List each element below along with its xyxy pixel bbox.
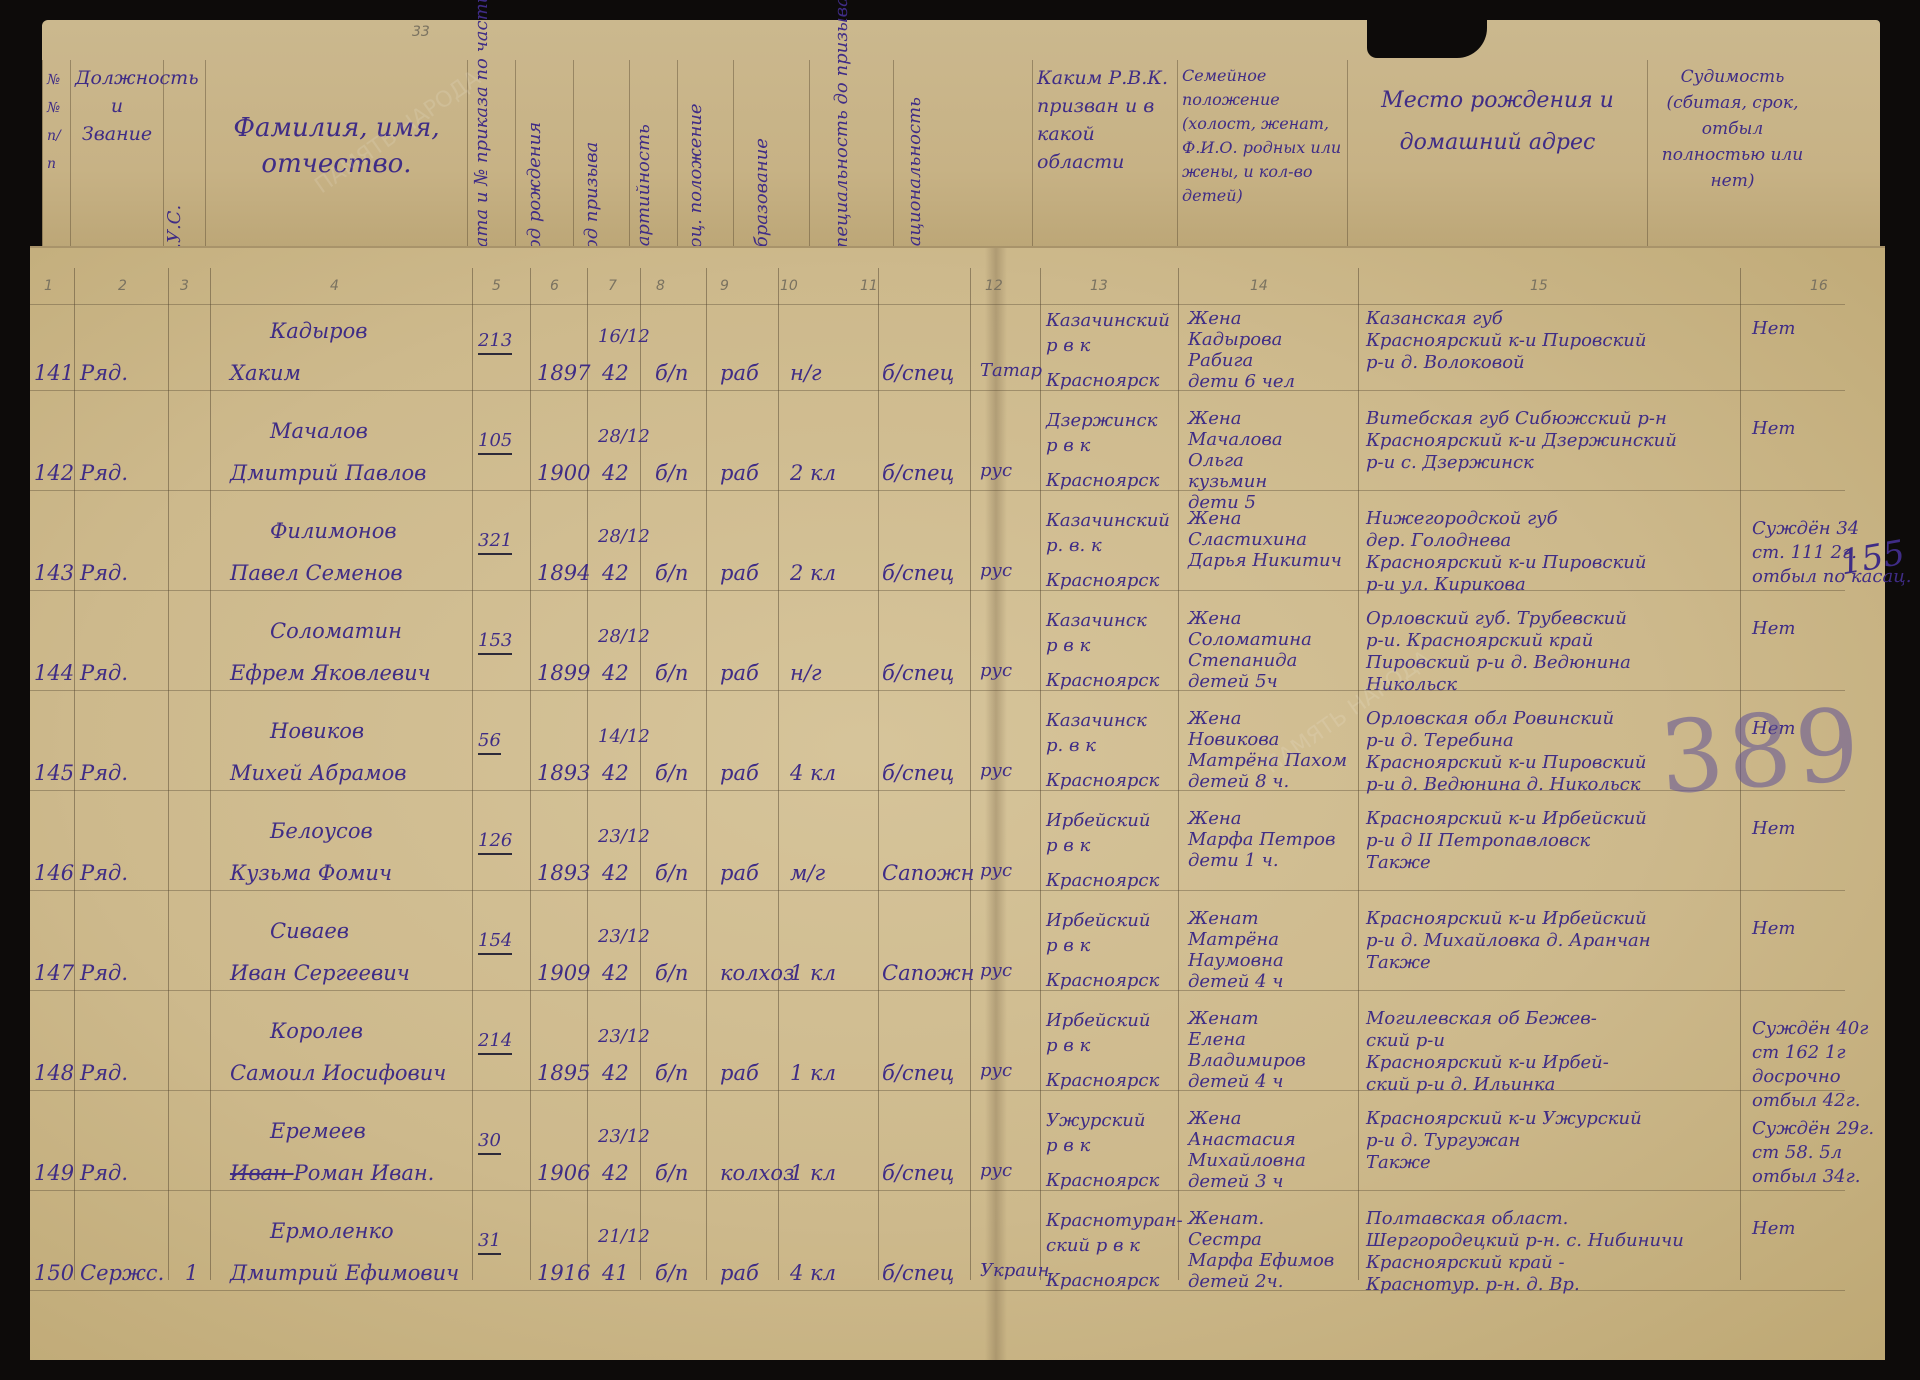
- order-number: 126: [478, 830, 512, 855]
- draft-office: Красноярск: [1046, 570, 1159, 592]
- draft-office: р в к: [1046, 335, 1090, 357]
- specialty: б/спец: [882, 1260, 954, 1286]
- family-status: Жена: [1188, 608, 1241, 630]
- birth-place-address: р-и ул. Кирикова: [1366, 574, 1526, 596]
- call-date: 23/12: [598, 1026, 650, 1048]
- draft-office: р в к: [1046, 1035, 1090, 1057]
- row-number: 141: [34, 360, 74, 386]
- call-year: 42: [602, 360, 629, 386]
- birth-place-address: Красноярский к-и Ирбейский: [1366, 908, 1647, 930]
- column-number: 15: [1530, 278, 1548, 294]
- order-number: 214: [478, 1030, 512, 1055]
- birth-year: 1893: [537, 760, 590, 786]
- draft-office: р в к: [1046, 835, 1090, 857]
- given-name-patronymic: Ефрем Яковлевич: [230, 660, 431, 686]
- social-status: колхоз: [720, 960, 795, 986]
- party: б/п: [655, 960, 688, 986]
- birth-place-address: Могилевская об Бежев-: [1366, 1008, 1597, 1030]
- family-status: Марфа Ефимов: [1188, 1250, 1334, 1272]
- vus: 1: [185, 1260, 198, 1286]
- birth-place-address: Красноярский к-и Пировский: [1366, 752, 1646, 774]
- header-col-birth-year: Год рождения: [515, 60, 573, 270]
- name-text: Самоил Иосифович: [230, 1061, 446, 1085]
- conviction: Нет: [1752, 1218, 1795, 1240]
- column-number: 1: [44, 278, 53, 294]
- surname: Кадыров: [270, 318, 368, 344]
- conviction: отбыл 34г.: [1752, 1166, 1860, 1188]
- conviction: ст 162 1г: [1752, 1042, 1846, 1064]
- call-date: 16/12: [598, 326, 650, 348]
- call-year: 42: [602, 460, 629, 486]
- birth-place-address: Красноярский к-и Ужурский: [1366, 1108, 1642, 1130]
- name-text: Михей Абрамов: [230, 761, 406, 785]
- surname: Соломатин: [270, 618, 402, 644]
- birth-year: 1899: [537, 660, 590, 686]
- draft-office: Казачинский: [1046, 510, 1170, 532]
- order-number: 154: [478, 930, 512, 955]
- birth-place-address: р-и д II Петропавловск: [1366, 830, 1590, 852]
- rank: Ряд.: [80, 560, 128, 586]
- family-status: детей 4 ч: [1188, 1071, 1283, 1093]
- birth-place-address: Красноярский к-и Ирбей-: [1366, 1052, 1609, 1074]
- family-status: Жена: [1188, 808, 1241, 830]
- draft-office: Красноярск: [1046, 1070, 1159, 1092]
- social-status: раб: [720, 560, 759, 586]
- archive-stamp-number: 389: [1656, 686, 1867, 817]
- header-sheet: 33 №№ п/п Должность и Звание В.У.С. Фами…: [42, 20, 1880, 270]
- draft-office: Красноярск: [1046, 870, 1159, 892]
- social-status: раб: [720, 1260, 759, 1286]
- call-year: 41: [602, 1260, 629, 1286]
- row-number: 145: [34, 760, 74, 786]
- birth-place-address: р-и д. Теребина: [1366, 730, 1514, 752]
- call-date: 23/12: [598, 826, 650, 848]
- row-number: 150: [34, 1260, 74, 1286]
- call-year: 42: [602, 760, 629, 786]
- specialty: б/спец: [882, 360, 954, 386]
- family-status: Наумовна: [1188, 950, 1284, 972]
- rank: Ряд.: [80, 1060, 128, 1086]
- given-name-patronymic: Павел Семенов: [230, 560, 403, 586]
- surname: Еремеев: [270, 1118, 366, 1144]
- birth-place-address: Орловская обл Ровинский: [1366, 708, 1614, 730]
- nationality: рус: [980, 460, 1012, 482]
- birth-place-address: р-и. Красноярский край: [1366, 630, 1593, 652]
- surname: Королев: [270, 1018, 363, 1044]
- row-number: 143: [34, 560, 74, 586]
- given-name-patronymic: Самоил Иосифович: [230, 1060, 446, 1086]
- draft-office: Красноярск: [1046, 370, 1159, 392]
- draft-office: Казачинск: [1046, 610, 1147, 632]
- name-text: Иван Сергеевич: [230, 961, 410, 985]
- call-year: 42: [602, 860, 629, 886]
- order-number: 105: [478, 430, 512, 455]
- birth-place-address: р-и д. Михайловка д. Аранчан: [1366, 930, 1651, 952]
- order-number: 213: [478, 330, 512, 355]
- conviction: ст 58. 5л: [1752, 1142, 1842, 1164]
- birth-place-address: Также: [1366, 1152, 1431, 1174]
- call-year: 42: [602, 1160, 629, 1186]
- birth-place-address: Красноярский к-и Ирбейский: [1366, 808, 1647, 830]
- family-status: Михайловна: [1188, 1150, 1306, 1172]
- call-date: 28/12: [598, 526, 650, 548]
- draft-office: р. в к: [1046, 735, 1096, 757]
- nationality: рус: [980, 1060, 1012, 1082]
- column-number: 10: [780, 278, 798, 294]
- given-name-patronymic: Кузьма Фомич: [230, 860, 392, 886]
- family-status: Соломатина: [1188, 629, 1312, 651]
- birth-place-address: ский р-и д. Ильинка: [1366, 1074, 1555, 1096]
- header-col-conviction: Судимость (сбитая, срок, отбыл полностью…: [1647, 60, 1817, 270]
- party: б/п: [655, 560, 688, 586]
- page-number: 33: [412, 24, 430, 40]
- family-status: Рабига: [1188, 350, 1253, 372]
- education: 1 кл: [790, 1160, 836, 1186]
- specialty: б/спец: [882, 760, 954, 786]
- surname: Ермоленко: [270, 1218, 394, 1244]
- header-col-call-year: Год призыва: [573, 60, 629, 270]
- name-text: Ефрем Яковлевич: [230, 661, 431, 685]
- conviction: Нет: [1752, 318, 1795, 340]
- family-status: кузьмин: [1188, 471, 1267, 493]
- order-number: 56: [478, 730, 501, 755]
- conviction: Нет: [1752, 618, 1795, 640]
- row-number: 146: [34, 860, 74, 886]
- party: б/п: [655, 460, 688, 486]
- education: 1 кл: [790, 1060, 836, 1086]
- draft-office: Ужурский: [1046, 1110, 1145, 1132]
- nationality: рус: [980, 560, 1012, 582]
- birth-year: 1909: [537, 960, 590, 986]
- family-status: детей 4 ч: [1188, 971, 1283, 993]
- conviction: досрочно: [1752, 1066, 1841, 1088]
- name-text: Роман Иван.: [294, 1161, 435, 1185]
- family-status: Жена: [1188, 508, 1241, 530]
- surname: Сиваев: [270, 918, 349, 944]
- rank: Ряд.: [80, 1160, 128, 1186]
- surname: Новиков: [270, 718, 364, 744]
- conviction: Суждён 34: [1752, 518, 1859, 540]
- birth-place-address: Нижегородской губ: [1366, 508, 1558, 530]
- order-number: 321: [478, 530, 512, 555]
- specialty: Сапожн: [882, 860, 974, 886]
- family-status: Сестра: [1188, 1229, 1262, 1251]
- birth-year: 1916: [537, 1260, 590, 1286]
- call-date: 23/12: [598, 926, 650, 948]
- column-number: 7: [608, 278, 617, 294]
- conviction: Нет: [1752, 418, 1795, 440]
- birth-place-address: дер. Голоднева: [1366, 530, 1511, 552]
- birth-year: 1895: [537, 1060, 590, 1086]
- social-status: колхоз: [720, 1160, 795, 1186]
- draft-office: Ирбейский: [1046, 1010, 1150, 1032]
- name-text: Дмитрий Павлов: [230, 461, 426, 485]
- draft-office: Краснотуран-: [1046, 1210, 1183, 1232]
- given-name-patronymic: Дмитрий Павлов: [230, 460, 426, 486]
- social-status: раб: [720, 1060, 759, 1086]
- given-name-patronymic: Иван Роман Иван.: [230, 1160, 434, 1186]
- draft-office: р в к: [1046, 1135, 1090, 1157]
- column-number: 5: [492, 278, 501, 294]
- family-status: Жена: [1188, 308, 1241, 330]
- surname: Мачалов: [270, 418, 368, 444]
- family-status: Мачалова: [1188, 429, 1283, 451]
- column-number: 6: [550, 278, 559, 294]
- column-number: 8: [656, 278, 665, 294]
- family-status: Женат: [1188, 1008, 1259, 1030]
- family-status: дети 6 чел: [1188, 371, 1295, 393]
- struck-name: Иван: [230, 1161, 294, 1185]
- birth-place-address: р-и д. Ведюнина д. Никольск: [1366, 774, 1640, 796]
- conviction: Нет: [1752, 818, 1795, 840]
- row-number: 148: [34, 1060, 74, 1086]
- party: б/п: [655, 1260, 688, 1286]
- given-name-patronymic: Иван Сергеевич: [230, 960, 410, 986]
- call-date: 28/12: [598, 626, 650, 648]
- rank: Ряд.: [80, 760, 128, 786]
- draft-office: Красноярск: [1046, 1170, 1159, 1192]
- row-number: 142: [34, 460, 74, 486]
- birth-place-address: Также: [1366, 852, 1431, 874]
- conviction: Нет: [1752, 918, 1795, 940]
- birth-place-address: Красноярский к-и Пировский: [1366, 330, 1646, 352]
- torn-corner: [1367, 20, 1487, 58]
- family-status: Матрёна: [1188, 929, 1279, 951]
- rank: Сержс.: [80, 1260, 164, 1286]
- surname: Белоусов: [270, 818, 373, 844]
- nationality: Украин: [980, 1260, 1049, 1282]
- name-text: Дмитрий Ефимович: [230, 1261, 459, 1285]
- name-text: Павел Семенов: [230, 561, 403, 585]
- education: 2 кл: [790, 460, 836, 486]
- birth-year: 1893: [537, 860, 590, 886]
- draft-office: р в к: [1046, 435, 1090, 457]
- draft-office: Ирбейский: [1046, 810, 1150, 832]
- given-name-patronymic: Хаким: [230, 360, 301, 386]
- call-date: 28/12: [598, 426, 650, 448]
- social-status: раб: [720, 860, 759, 886]
- family-status: Женат.: [1188, 1208, 1264, 1230]
- rank: Ряд.: [80, 360, 128, 386]
- birth-place-address: р-и д. Волоковой: [1366, 352, 1525, 374]
- order-number: 153: [478, 630, 512, 655]
- column-number: 11: [860, 278, 878, 294]
- draft-office: Казачинск: [1046, 710, 1147, 732]
- header-col-specialty: Специальность до призыва: [809, 60, 893, 270]
- order-number: 31: [478, 1230, 501, 1255]
- draft-office: Казачинский: [1046, 310, 1170, 332]
- birth-place-address: р-и с. Дзержинск: [1366, 452, 1534, 474]
- family-status: Жена: [1188, 408, 1241, 430]
- social-status: раб: [720, 660, 759, 686]
- family-status: детей 3 ч: [1188, 1171, 1283, 1193]
- call-year: 42: [602, 1060, 629, 1086]
- birth-year: 1906: [537, 1160, 590, 1186]
- draft-office: р в к: [1046, 935, 1090, 957]
- party: б/п: [655, 1160, 688, 1186]
- header-col-address: Место рождения и домашний адрес: [1347, 60, 1647, 270]
- call-year: 42: [602, 560, 629, 586]
- education: 1 кл: [790, 960, 836, 986]
- family-status: Марфа Петров: [1188, 829, 1335, 851]
- draft-office: Красноярск: [1046, 770, 1159, 792]
- family-status: дети 1 ч.: [1188, 850, 1279, 872]
- birth-place-address: Также: [1366, 952, 1431, 974]
- rank: Ряд.: [80, 660, 128, 686]
- family-status: Ольга: [1188, 450, 1244, 472]
- birth-place-address: Полтавская област.: [1366, 1208, 1568, 1230]
- call-year: 42: [602, 660, 629, 686]
- column-number: 2: [118, 278, 127, 294]
- draft-office: ский р в к: [1046, 1235, 1140, 1257]
- header-col-rvk: Каким Р.В.К. призван и в какой области: [1032, 60, 1177, 270]
- given-name-patronymic: Михей Абрамов: [230, 760, 406, 786]
- header-col-party: Партийность: [629, 60, 677, 270]
- birth-place-address: Красноярский к-и Дзержинский: [1366, 430, 1677, 452]
- nationality: рус: [980, 660, 1012, 682]
- nationality: рус: [980, 760, 1012, 782]
- specialty: б/спец: [882, 1160, 954, 1186]
- nationality: рус: [980, 960, 1012, 982]
- birth-place-address: р-и д. Тургужан: [1366, 1130, 1520, 1152]
- column-number: 9: [720, 278, 729, 294]
- party: б/п: [655, 860, 688, 886]
- rank: Ряд.: [80, 860, 128, 886]
- family-status: Анастасия: [1188, 1129, 1296, 1151]
- family-status: детей 5ч: [1188, 671, 1278, 693]
- specialty: б/спец: [882, 1060, 954, 1086]
- nationality: Татар: [980, 360, 1042, 382]
- birth-place-address: Витебская губ Сибюжский р-н: [1366, 408, 1667, 430]
- social-status: раб: [720, 760, 759, 786]
- header-col-nationality: Национальность: [893, 60, 955, 270]
- family-status: Елена: [1188, 1029, 1246, 1051]
- birth-place-address: Казанская губ: [1366, 308, 1503, 330]
- header-col-education: Образование: [733, 60, 809, 270]
- birth-place-address: ский р-и: [1366, 1030, 1445, 1052]
- header-col-rank: Должность и Звание: [70, 60, 163, 270]
- family-status: Сластихина: [1188, 529, 1307, 551]
- header-col-vus: В.У.С.: [163, 60, 205, 270]
- column-number: 16: [1810, 278, 1828, 294]
- register-page: 12345678910111213141516 141Ряд.КадыровХа…: [30, 248, 1885, 1360]
- row-number: 144: [34, 660, 74, 686]
- education: 4 кл: [790, 1260, 836, 1286]
- specialty: б/спец: [882, 560, 954, 586]
- call-date: 14/12: [598, 726, 650, 748]
- social-status: раб: [720, 460, 759, 486]
- birth-place-address: Красноярский край -: [1366, 1252, 1565, 1274]
- rank: Ряд.: [80, 960, 128, 986]
- call-year: 42: [602, 960, 629, 986]
- column-number: 3: [180, 278, 189, 294]
- column-number: 4: [330, 278, 339, 294]
- row-number: 147: [34, 960, 74, 986]
- specialty: б/спец: [882, 660, 954, 686]
- family-status: Жена: [1188, 1108, 1241, 1130]
- conviction: Суждён 29г.: [1752, 1118, 1874, 1140]
- family-status: Новикова: [1188, 729, 1279, 751]
- draft-office: Красноярск: [1046, 970, 1159, 992]
- social-status: раб: [720, 360, 759, 386]
- column-number: 14: [1250, 278, 1268, 294]
- row-number: 149: [34, 1160, 74, 1186]
- header-col-num: №№ п/п: [42, 60, 70, 270]
- party: б/п: [655, 1060, 688, 1086]
- family-status: Степанида: [1188, 650, 1297, 672]
- birth-place-address: Шергородецкий р-н. с. Нибиничи: [1366, 1230, 1684, 1252]
- education: м/г: [790, 860, 825, 886]
- education: н/г: [790, 660, 822, 686]
- birth-place-address: Красноярский к-и Пировский: [1366, 552, 1646, 574]
- education: 2 кл: [790, 560, 836, 586]
- family-status: Женат: [1188, 908, 1259, 930]
- family-status: Владимиров: [1188, 1050, 1306, 1072]
- call-date: 23/12: [598, 1126, 650, 1148]
- draft-office: Красноярск: [1046, 670, 1159, 692]
- birth-place-address: Краснотур. р-н. д. Вр.: [1366, 1274, 1580, 1296]
- surname: Филимонов: [270, 518, 397, 544]
- column-number: 13: [1090, 278, 1108, 294]
- conviction: Суждён 40г: [1752, 1018, 1868, 1040]
- education: 4 кл: [790, 760, 836, 786]
- draft-office: Красноярск: [1046, 470, 1159, 492]
- family-status: детей 2ч.: [1188, 1271, 1283, 1293]
- name-text: Хаким: [230, 361, 301, 385]
- rank: Ряд.: [80, 460, 128, 486]
- education: н/г: [790, 360, 822, 386]
- birth-year: 1897: [537, 360, 590, 386]
- header-col-family: Семейное положение (холост, женат, Ф.И.О…: [1177, 60, 1347, 270]
- party: б/п: [655, 760, 688, 786]
- name-text: Кузьма Фомич: [230, 861, 392, 885]
- table-row: 150Сержс.1ЕрмоленкоДмитрий Ефимович31191…: [30, 1208, 1885, 1380]
- order-number: 30: [478, 1130, 501, 1155]
- draft-office: р. в. к: [1046, 535, 1102, 557]
- specialty: б/спец: [882, 460, 954, 486]
- column-number: 12: [985, 278, 1003, 294]
- draft-office: р в к: [1046, 635, 1090, 657]
- family-status: Кадырова: [1188, 329, 1282, 351]
- nationality: рус: [980, 1160, 1012, 1182]
- specialty: Сапожн: [882, 960, 974, 986]
- draft-office: Красноярск: [1046, 1270, 1159, 1292]
- birth-place-address: Орловский губ. Трубевский: [1366, 608, 1627, 630]
- party: б/п: [655, 660, 688, 686]
- family-status: Дарья Никитич: [1188, 550, 1342, 572]
- birth-year: 1900: [537, 460, 590, 486]
- family-status: Жена: [1188, 708, 1241, 730]
- birth-year: 1894: [537, 560, 590, 586]
- call-date: 21/12: [598, 1226, 650, 1248]
- party: б/п: [655, 360, 688, 386]
- draft-office: Дзержинск: [1046, 410, 1157, 432]
- draft-office: Ирбейский: [1046, 910, 1150, 932]
- nationality: рус: [980, 860, 1012, 882]
- header-col-social: Соц. положение: [677, 60, 733, 270]
- given-name-patronymic: Дмитрий Ефимович: [230, 1260, 459, 1286]
